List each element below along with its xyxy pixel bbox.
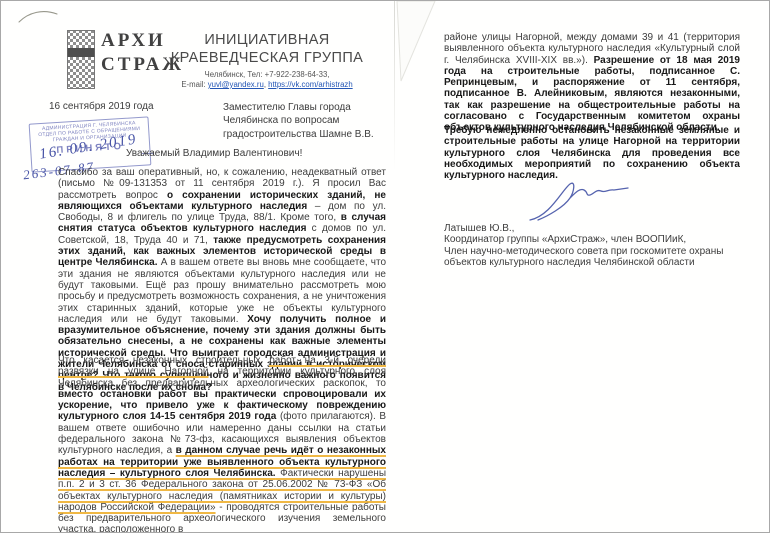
org-name-line2: КРАЕВЕДЧЕСКАЯ ГРУППА [149,49,385,67]
org-header: ИНИЦИАТИВНАЯ КРАЕВЕДЧЕСКАЯ ГРУППА Челяби… [149,31,385,90]
org-name-line1: ИНИЦИАТИВНАЯ [149,31,385,49]
addressee: Заместителю Главы города Челябинска по в… [223,101,374,141]
addressee-line: Челябинска по вопросам [223,114,374,127]
signer-block: Латышев Ю.В., Координатор группы «АрхиСт… [444,223,742,268]
scanned-letter: АРХИ СТРАЖ ИНИЦИАТИВНАЯ КРАЕВЕДЧЕСКАЯ ГР… [0,0,770,533]
signer-role-1: Координатор группы «АрхиСтраж», член ВОО… [444,234,742,245]
signer-role-2: Член научно-методического совета при гос… [444,246,742,269]
paragraph-2: Что касается незаконных строительных раб… [58,355,386,533]
org-links-line: E-mail: yuvl@yandex.ru, https://vk.com/a… [149,80,385,90]
page-fold [395,1,437,88]
org-contact: Челябинск, Тел: +7-922-238-64-33, E-mail… [149,70,385,90]
website-link[interactable]: https://vk.com/arhistrazh [268,80,353,89]
signer-name: Латышев Ю.В., [444,223,742,234]
paragraph-4: Требую немедленно остановить незаконные … [444,125,740,181]
addressee-line: градостроительства Шамне В.В. [223,128,374,141]
org-phone: Челябинск, Тел: +7-922-238-64-33, [149,70,385,80]
addressee-line: Заместителю Главы города [223,101,374,114]
letter-date: 16 сентября 2019 года [49,101,154,112]
paragraph-3: районе улицы Нагорной, между домами 39 и… [444,32,740,134]
logo-tower-icon [67,30,95,94]
email-label: E-mail: [181,80,207,89]
email-link[interactable]: yuvl@yandex.ru [208,80,264,89]
greeting: Уважаемый Владимир Валентинович! [126,148,302,159]
corner-pen-mark-icon [17,5,59,30]
